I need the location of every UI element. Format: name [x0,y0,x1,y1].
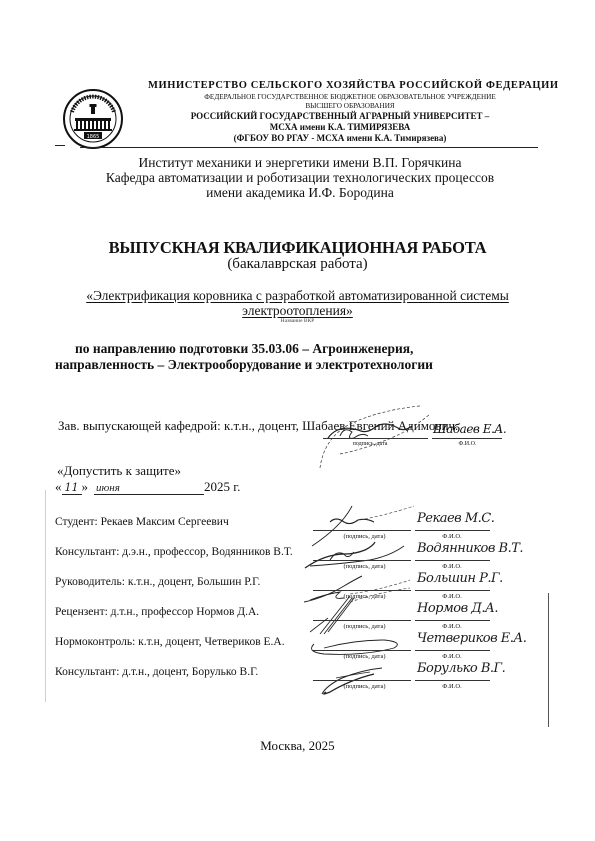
head-fio-line [432,438,502,439]
fio-caption: Ф.И.О. [427,593,477,600]
document-subtitle: (бакалаврская работа) [40,256,555,273]
head-signature-line [323,438,428,439]
university-name-line1: РОССИЙСКИЙ ГОСУДАРСТВЕННЫЙ АГРАРНЫЙ УНИВ… [150,112,530,121]
university-short-name: (ФГБОУ ВО РГАУ - МСХА имени К.А. Тимиряз… [150,134,530,143]
thesis-topic-line2: электроотопления» [40,303,555,318]
admission-label: «Допустить к защите» [57,463,181,479]
signatory-label: Руководитель: к.т.н., доцент, Большин Р.… [55,576,260,588]
fio-handwritten: Рекаев М.С. [417,511,492,526]
institute-name: Институт механики и энергетики имени В.П… [60,155,540,171]
university-name-line2: МСХА имени К.А. ТИМИРЯЗЕВА [150,123,530,132]
fio-caption: Ф.И.О. [427,563,477,570]
thesis-topic-line1: «Электрификация коровника с разработкой … [40,288,555,303]
date-month: июня [94,482,204,495]
document-title: ВЫПУСКНАЯ КВАЛИФИКАЦИОННАЯ РАБОТА [40,238,555,258]
institution-type-line1: Федеральное государственное бюджетное об… [150,94,550,101]
fio-line [415,530,490,531]
head-signature-icon [300,410,480,470]
fio-caption: Ф.И.О. [427,623,477,630]
fio-handwritten: Борулько В.Г. [417,661,492,676]
signature-line [313,680,411,681]
study-direction: по направлению подготовки 35.03.06 – Агр… [75,340,555,357]
signatory-label: Студент: Рекаев Максим Сергеевич [55,516,229,528]
university-emblem-icon: 1865 [62,88,124,150]
fio-line [415,620,490,621]
admission-date: «11»июня2025 г. [55,479,240,495]
fio-line [415,560,490,561]
signatory-label: Нормоконтроль: к.т.н, доцент, Четвериков… [55,636,285,648]
thesis-topic-caption: Название ВКР [40,318,555,324]
svg-text:1865: 1865 [87,134,100,140]
date-day: 11 [62,481,82,495]
signatory-label: Консультант: д.т.н., доцент, Борулько В.… [55,666,258,678]
city-year: Москва, 2025 [0,738,595,754]
fio-caption: Ф.И.О. [427,683,477,690]
fio-caption: Ф.И.О. [427,533,477,540]
head-fio-handwritten: Шабаев Е.А. [433,422,506,436]
study-specialization: направленность – Электрооборудование и э… [55,356,535,373]
fio-handwritten: Нормов Д.А. [417,601,492,616]
fio-line [415,680,490,681]
fio-line [415,590,490,591]
fio-handwritten: Водянников В.Т. [417,541,492,556]
ministry-name: МИНИСТЕРСТВО СЕЛЬСКОГО ХОЗЯЙСТВА РОССИЙС… [148,81,558,92]
date-quote-close: » [82,479,89,494]
fio-handwritten: Большин Р.Г. [417,571,492,586]
scan-artifact-right-line [548,593,549,727]
department-name-cont: имени академика И.Ф. Бородина [60,185,540,201]
institution-type-line2: высшего образования [150,103,550,110]
signatory-label: Консультант: д.э.н., профессор, Водянник… [55,546,293,558]
fio-caption: Ф.И.О. [427,653,477,660]
head-fio-caption: Ф.И.О. [440,441,495,447]
signatory-label: Рецензент: д.т.н., профессор Нормов Д.А. [55,606,259,618]
head-signature-caption: подпись, дата [335,441,405,447]
header-rule-left [55,145,65,146]
department-name: Кафедра автоматизации и роботизации техн… [60,170,540,186]
signature-icon [300,648,420,698]
signature-caption: (подпись, дата) [317,683,412,690]
signatory-row-consultant-safety: Консультант: д.т.н., доцент, Борулько В.… [55,666,545,696]
fio-handwritten: Четвериков Е.А. [417,631,492,646]
fio-line [415,650,490,651]
scan-artifact-left-line [45,490,46,702]
date-year: 2025 г. [204,479,240,494]
header-rule [80,147,538,148]
